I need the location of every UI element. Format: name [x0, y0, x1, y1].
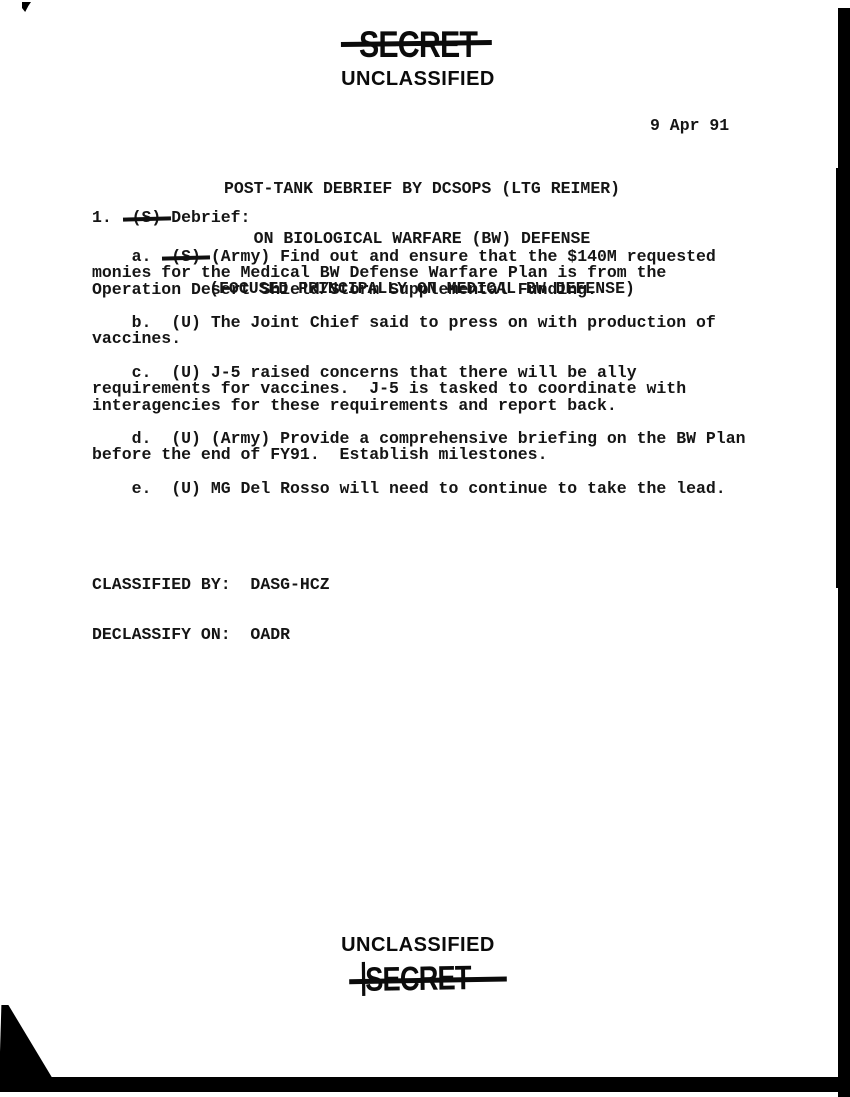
scan-edge-bottom	[0, 1077, 850, 1092]
document-date: 9 Apr 91	[650, 118, 729, 135]
scan-edge-right	[838, 8, 850, 1097]
paragraph-1-post: Debrief:	[161, 208, 250, 227]
scan-speck-artifact	[22, 2, 31, 12]
paragraph-b-text: b. (U) The Joint Chief said to press on …	[92, 313, 726, 349]
secret-stamp-top: SECRET	[0, 24, 836, 66]
document-body: 1. (S) Debrief: a. (S) (Army) Find out a…	[92, 210, 752, 514]
secret-stamp-bottom-text: SECRET	[365, 959, 471, 1000]
document-page: SECRET UNCLASSIFIED 9 Apr 91 POST-TANK D…	[0, 0, 850, 1097]
paragraph-a: a. (S) (Army) Find out and ensure that t…	[92, 249, 752, 299]
redacted-classification-marking: (S)	[132, 210, 162, 227]
paragraph-d: d. (U) (Army) Provide a comprehensive br…	[92, 431, 752, 464]
paragraph-1-debrief: 1. (S) Debrief:	[92, 210, 752, 227]
paragraph-e-text: e. (U) MG Del Rosso will need to continu…	[92, 479, 726, 498]
secret-stamp-top-text: SECRET	[359, 24, 477, 66]
paragraph-c-text: c. (U) J-5 raised concerns that there wi…	[92, 363, 696, 415]
classification-block: CLASSIFIED BY: DASG-HCZ DECLASSIFY ON: O…	[92, 544, 330, 677]
paragraph-d-text: d. (U) (Army) Provide a comprehensive br…	[92, 429, 755, 465]
classified-by-line: CLASSIFIED BY: DASG-HCZ	[92, 577, 330, 594]
paragraph-e: e. (U) MG Del Rosso will need to continu…	[92, 481, 752, 498]
unclassified-stamp-top: UNCLASSIFIED	[0, 68, 836, 91]
title-line-1: POST-TANK DEBRIEF BY DCSOPS (LTG REIMER)	[92, 181, 752, 198]
paragraph-c: c. (U) J-5 raised concerns that there wi…	[92, 365, 752, 415]
secret-stamp-bottom: SECRET	[0, 960, 836, 999]
unclassified-stamp-bottom: UNCLASSIFIED	[0, 934, 836, 957]
paragraph-b: b. (U) The Joint Chief said to press on …	[92, 315, 752, 348]
declassify-on-line: DECLASSIFY ON: OADR	[92, 627, 330, 644]
redacted-classification-marking: (S)	[171, 249, 201, 266]
